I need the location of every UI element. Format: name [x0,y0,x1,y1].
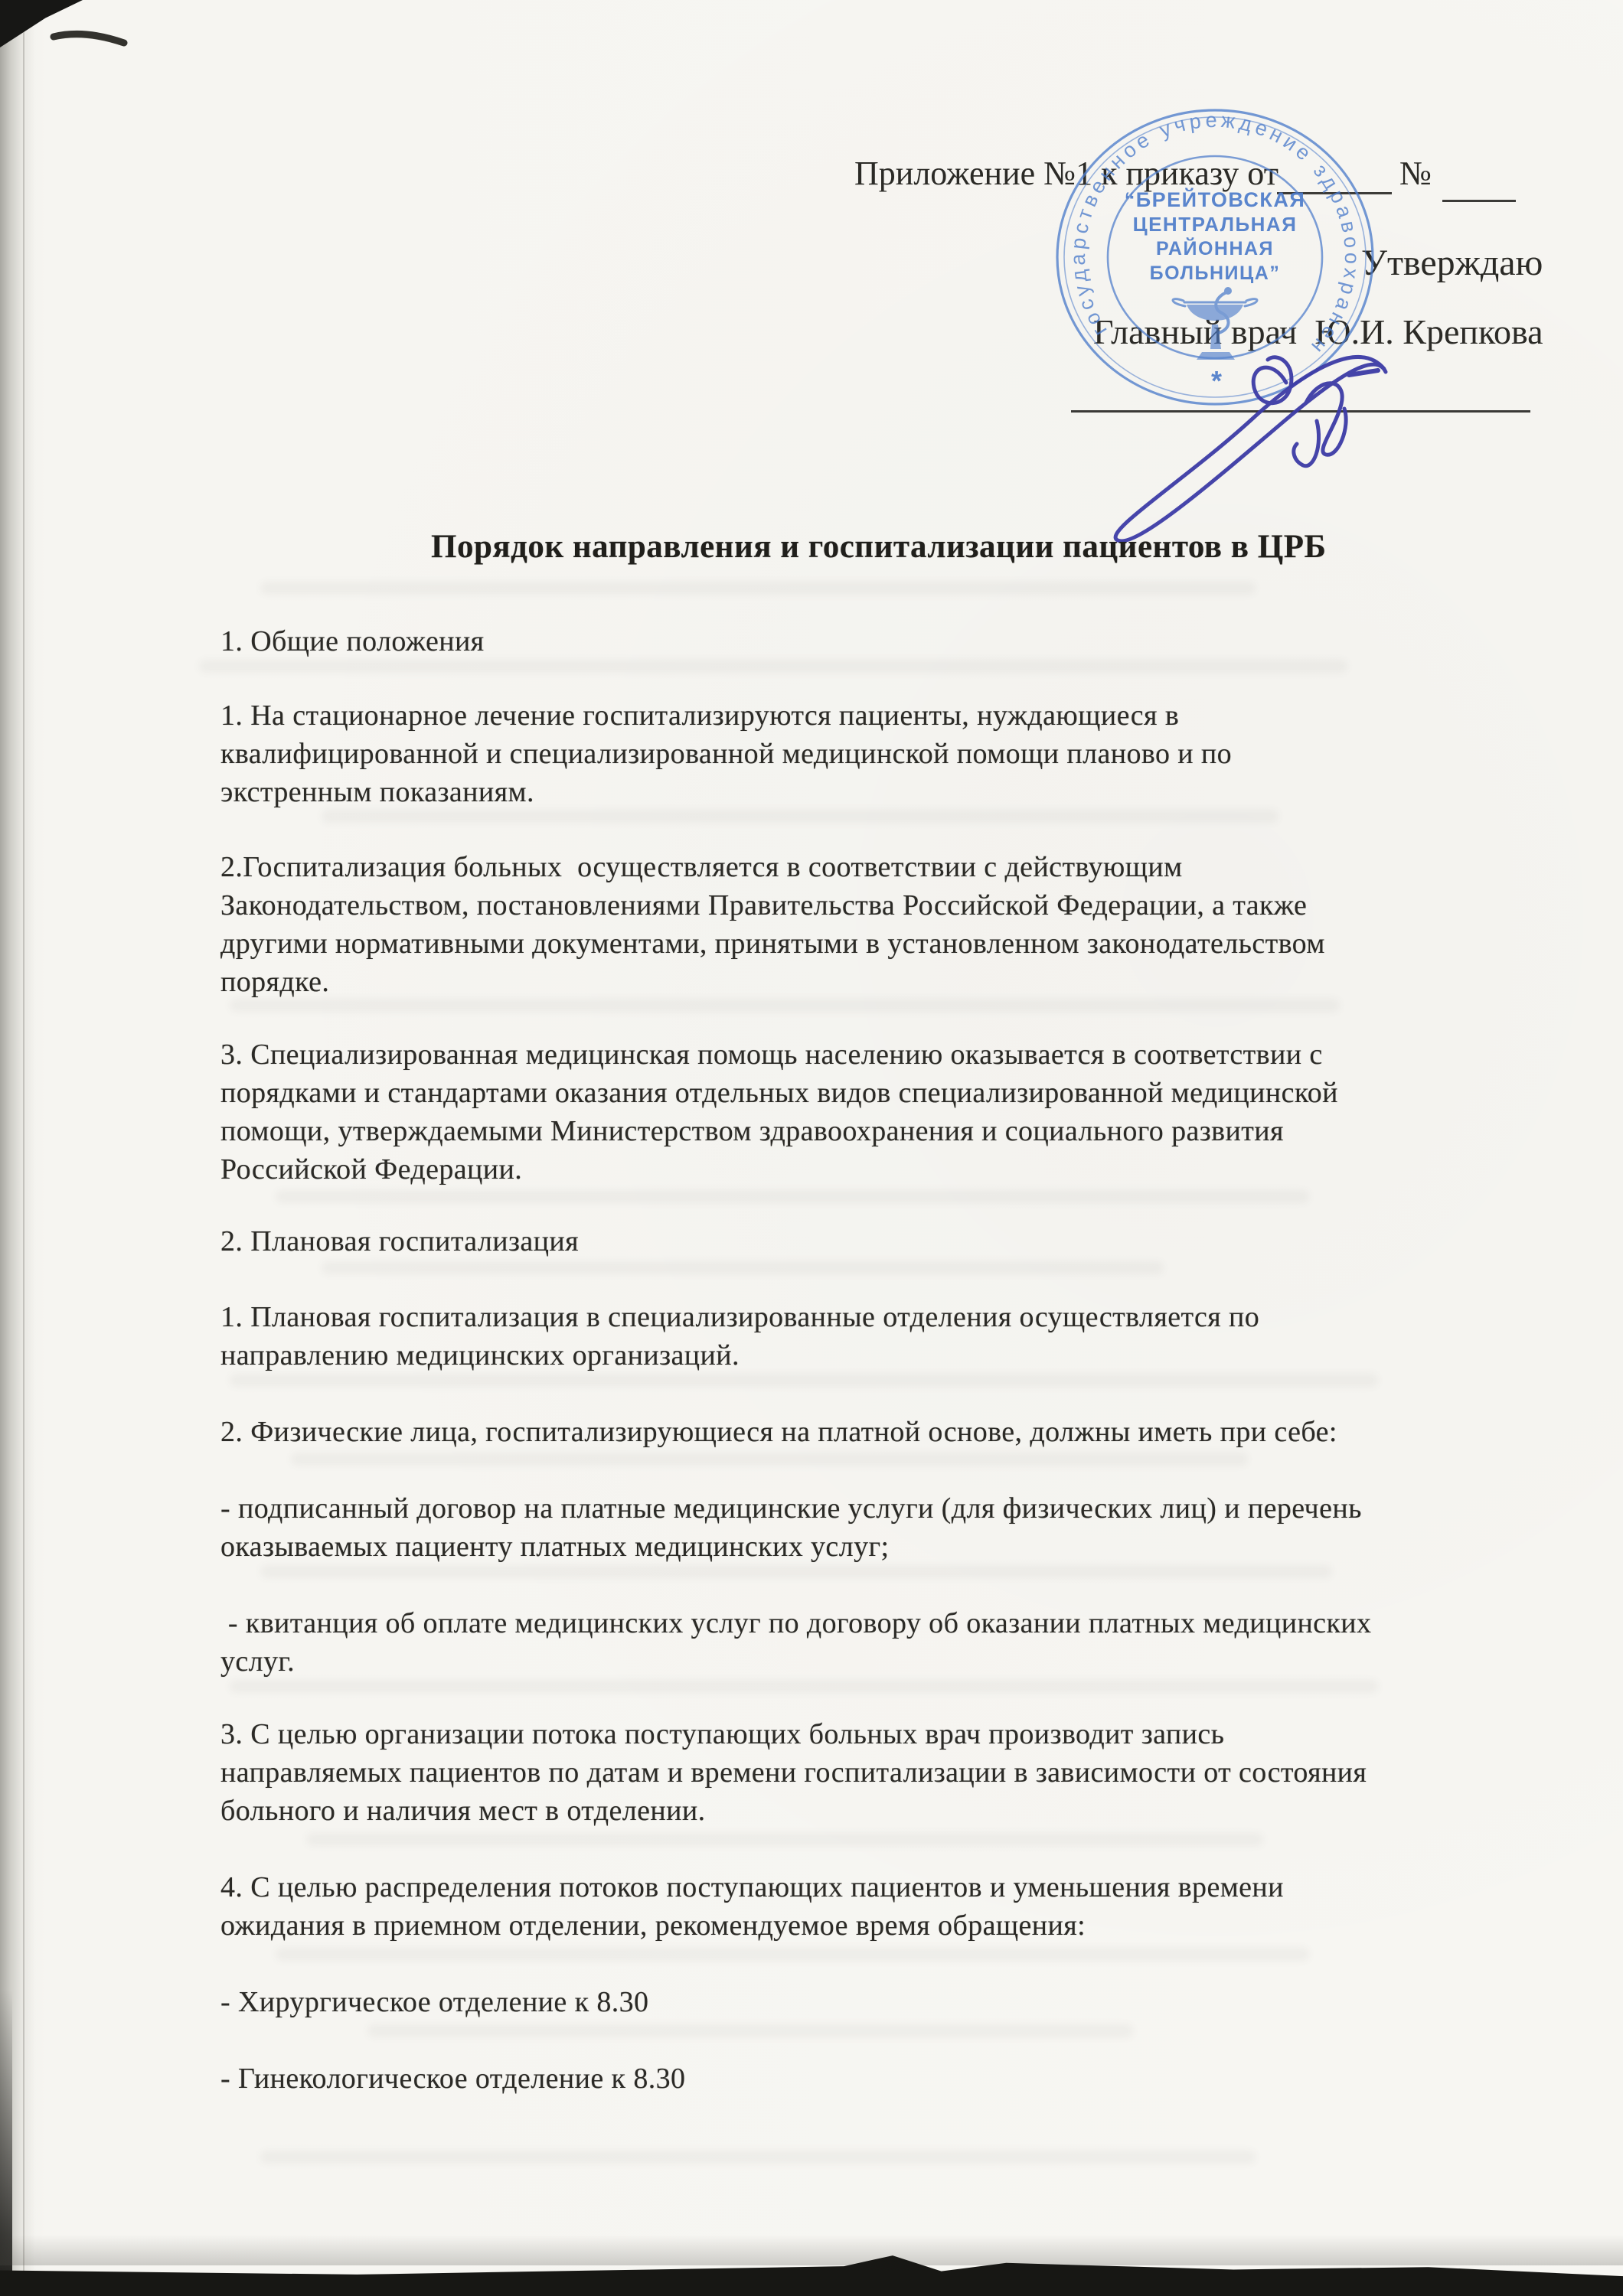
paragraph: 1. Плановая госпитализация в специализир… [220,1298,1537,1375]
bleedthrough-line [367,2024,1133,2037]
page-edge-line [23,0,24,2296]
stamp-name-line: БОЛЬНИЦА” [1150,263,1281,284]
bleedthrough-line [306,1833,1263,1846]
section-heading: 1. Общие положения [220,622,1537,660]
paragraph: 1. На стационарное лечение госпитализиру… [220,696,1537,811]
bleedthrough-line [260,1565,1332,1578]
text-line: направлению медицинских организаций. [220,1336,1537,1375]
bleedthrough-line [322,1261,1164,1274]
text-line: другими нормативными документами, принят… [220,925,1537,963]
text-line: порядками и стандартами оказания отдельн… [220,1074,1537,1112]
bleedthrough-line [276,1948,1309,1961]
paragraph: 3. Специализированная медицинская помощь… [220,1035,1537,1189]
number-blank-line [1442,200,1516,202]
bleedthrough-line [230,1680,1378,1693]
text-line: 2.Госпитализация больных осуществляется … [220,848,1537,886]
text-line: 1. Плановая госпитализация в специализир… [220,1298,1537,1336]
bleedthrough-line [260,2151,1256,2164]
text-line: порядке. [220,963,1537,1001]
text-line: экстренным показаниям. [220,773,1537,811]
bleedthrough-line [322,810,1278,823]
text-line: 1. Общие положения [220,622,1537,660]
bleedthrough-line [276,1190,1309,1203]
chief-doctor-signature [1056,329,1577,559]
text-line: Законодательством, постановлениями Прави… [220,886,1537,925]
bleedthrough-line [260,582,1256,595]
text-line: оказываемых пациенту платных медицинских… [220,1528,1537,1566]
paragraph: 4. С целью распределения потоков поступа… [220,1868,1537,1945]
text-line: услуг. [220,1642,1537,1681]
stamp-name-line: “БРЕЙТОВСКАЯ [1125,188,1306,211]
paragraph: 2. Физические лица, госпитализирующиеся … [220,1413,1537,1451]
list-item: - квитанция об оплате медицинских услуг … [220,1604,1537,1681]
paragraph: 2.Госпитализация больных осуществляется … [220,848,1537,1001]
text-line: помощи, утверждаемыми Министерством здра… [220,1112,1537,1150]
text-line: - квитанция об оплате медицинских услуг … [220,1604,1537,1642]
document-title: Порядок направления и госпитализации пац… [431,528,1319,566]
list-item: - Гинекологическое отделение к 8.30 [220,2060,1537,2098]
text-line: больного и наличия мест в отделении. [220,1792,1537,1830]
text-line: квалифицированной и специализированной м… [220,735,1537,773]
text-line: 2. Физические лица, госпитализирующиеся … [220,1413,1537,1451]
stamp-name-line: ЦЕНТРАЛЬНАЯ [1133,213,1298,236]
scan-left-edge-shadow [0,0,35,2296]
text-line: 2. Плановая госпитализация [220,1222,1537,1261]
scan-bottom-shadow [0,2235,1623,2265]
paragraph: 3. С целью организации потока поступающи… [220,1715,1537,1830]
text-line: направляемых пациентов по датам и времен… [220,1753,1537,1792]
list-item: - Хирургическое отделение к 8.30 [220,1983,1537,2021]
text-line: - Гинекологическое отделение к 8.30 [220,2060,1537,2098]
scanned-document-page: Приложение №1 к приказу от № Утверждаю Г… [0,0,1623,2296]
text-line: 3. С целью организации потока поступающи… [220,1715,1537,1753]
pen-mark [47,28,133,54]
text-line: - подписанный договор на платные медицин… [220,1489,1537,1528]
list-item: - подписанный договор на платные медицин… [220,1489,1537,1566]
bleedthrough-line [291,1453,1248,1466]
section-heading: 2. Плановая госпитализация [220,1222,1537,1261]
text-line: 3. Специализированная медицинская помощь… [220,1035,1537,1074]
text-line: 4. С целью распределения потоков поступа… [220,1868,1537,1906]
bleedthrough-line [199,660,1347,673]
bleedthrough-line [230,1374,1378,1387]
stamp-name-line: РАЙОННАЯ [1156,236,1274,259]
text-line: - Хирургическое отделение к 8.30 [220,1983,1537,2021]
text-line: ожидания в приемном отделении, рекоменду… [220,1906,1537,1945]
text-line: Российской Федерации. [220,1150,1537,1189]
text-line: 1. На стационарное лечение госпитализиру… [220,696,1537,735]
